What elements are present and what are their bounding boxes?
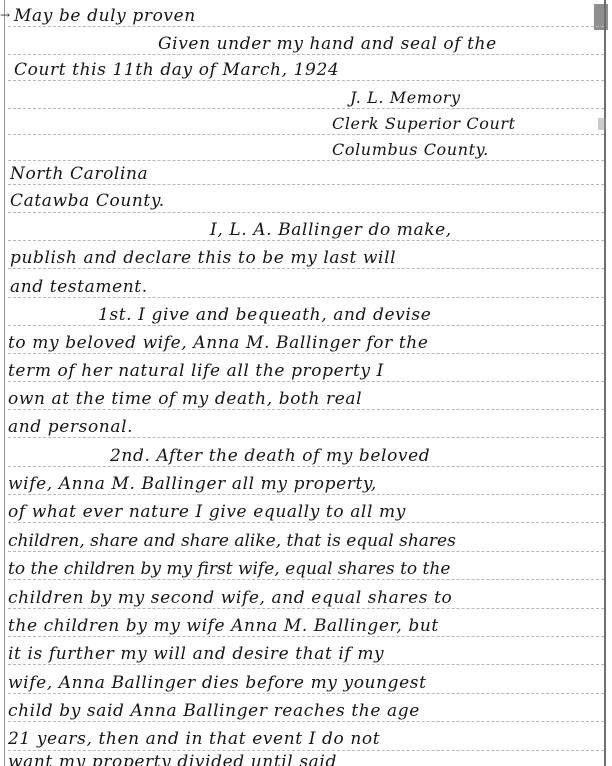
ruled-line [8,240,604,241]
text-line: I, L. A. Ballinger do make, [210,220,452,240]
text-line: and personal. [8,417,133,437]
ruled-line [8,54,604,55]
clerk-county: Columbus County. [332,140,489,160]
clause-second: 2nd. After the death of my beloved [110,446,430,466]
court-date-line: Court this 11th day of March, 1924 [14,60,339,80]
clerk-signature: J. L. Memory [350,88,461,108]
ruled-line [8,551,604,552]
ruled-line [8,325,604,326]
text-line: wife, Anna Ballinger dies before my youn… [8,673,427,693]
ruled-line [8,268,604,269]
text-line: to the children by my first wife, equal … [8,559,450,579]
ruled-line [8,636,604,637]
document-page: → May be duly proven Given under my hand… [0,0,612,766]
text-line: it is further my will and desire that if… [8,644,384,664]
state-heading: North Carolina [10,164,148,184]
ruled-line [8,608,604,609]
text-line: the children by my wife Anna M. Ballinge… [8,616,439,636]
ruled-line [8,750,604,751]
ruled-line [8,522,604,523]
text-line: May be duly proven [14,6,196,26]
ruled-line [8,353,604,354]
ruled-line [8,381,604,382]
clause-first: 1st. I give and bequeath, and devise [98,305,431,325]
text-line: children by my second wife, and equal sh… [8,588,452,608]
text-line: publish and declare this to be my last w… [10,248,396,268]
text-line: and testament. [10,277,148,297]
text-line: Given under my hand and seal of the [158,34,497,54]
text-line: own at the time of my death, both real [8,389,362,409]
ruled-line [8,693,604,694]
text-line: to my beloved wife, Anna M. Ballinger fo… [8,333,429,353]
text-line: want my property divided until said [8,752,337,766]
ruled-line [8,579,604,580]
ruled-line [8,721,604,722]
ruled-line [8,80,604,81]
ruled-line [8,437,604,438]
county-heading: Catawba County. [10,191,165,211]
ruled-line [8,160,604,161]
text-line: term of her natural life all the propert… [8,361,384,381]
text-line: child by said Anna Ballinger reaches the… [8,701,420,721]
ruled-line [8,134,604,135]
text-line: children, share and share alike, that is… [8,531,456,551]
ruled-line [8,466,604,467]
text-line: 21 years, then and in that event I do no… [8,729,380,749]
text-line: wife, Anna M. Ballinger all my property, [8,474,377,494]
right-margin-line [604,0,606,766]
ruled-line [8,212,604,213]
ruled-line [8,108,604,109]
ruled-line [8,184,604,185]
ruled-line [8,409,604,410]
ruled-line [8,664,604,665]
ruled-line [8,26,604,27]
left-margin-line [4,0,5,766]
ruled-line [8,494,604,495]
page-edge-smudge [598,118,606,130]
clerk-title: Clerk Superior Court [332,114,516,134]
margin-arrow-icon: → [0,8,10,22]
text-line: of what ever nature I give equally to al… [8,502,406,522]
ruled-line [8,297,604,298]
